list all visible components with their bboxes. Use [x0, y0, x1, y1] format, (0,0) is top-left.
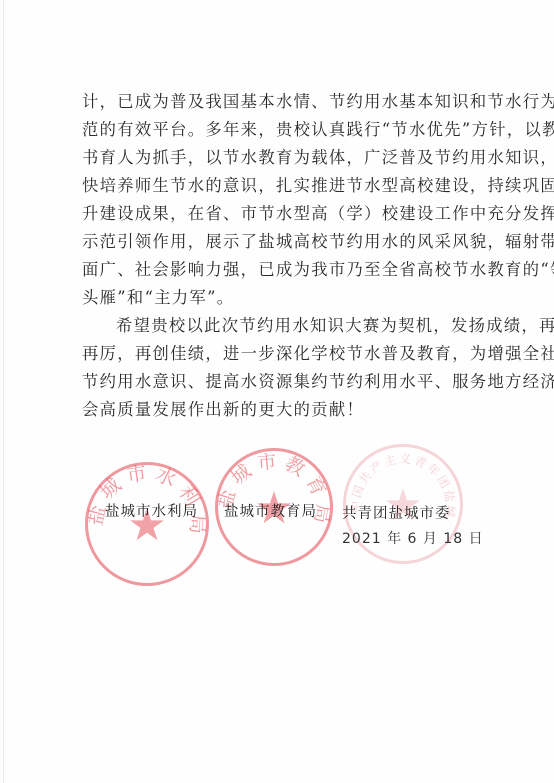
- text-line: 面广、社会影响力强，已成为我市乃至全省高校节水教育的“领: [82, 256, 486, 284]
- text-line: 示范引领作用，展示了盐城高校节约用水的风采风貌，辐射带动: [82, 228, 486, 256]
- text-line: 范的有效平台。多年来，贵校认真践行“节水优先”方针，以教: [82, 116, 486, 144]
- document-date: 2021 年 6 月 18 日: [342, 528, 484, 548]
- text-line: 节约用水意识、提高水资源集约节约利用水平、服务地方经济社: [82, 368, 486, 396]
- text-line: 再厉，再创佳绩，进一步深化学校节水普及教育，为增强全社会: [82, 340, 486, 368]
- page-edge: [3, 0, 4, 783]
- text-line: 计，已成为普及我国基本水情、节约用水基本知识和节水行为规: [82, 88, 486, 116]
- text-line: 希望贵校以此次节约用水知识大赛为契机，发扬成绩，再接: [82, 312, 486, 340]
- text-line: 会高质量发展作出新的更大的贡献！: [82, 396, 486, 424]
- text-line: 书育人为抓手，以节水教育为载体，广泛普及节约用水知识，加: [82, 144, 486, 172]
- signatory-youth-league: 共青团盐城市委: [342, 502, 451, 523]
- signatory-education-bureau: 盐城市教育局: [224, 500, 317, 521]
- text-line: 升建设成果，在省、市节水型高（学）校建设工作中充分发挥了: [82, 200, 486, 228]
- text-line: 头雁”和“主力军”。: [82, 284, 486, 312]
- signatory-water-bureau: 盐城市水利局: [105, 500, 198, 521]
- letter-body: 计，已成为普及我国基本水情、节约用水基本知识和节水行为规 范的有效平台。多年来，…: [82, 88, 486, 424]
- official-seal-water-bureau: 盐城市水利局 ★: [85, 462, 209, 586]
- paragraph-1: 计，已成为普及我国基本水情、节约用水基本知识和节水行为规 范的有效平台。多年来，…: [82, 88, 486, 312]
- text-line: 快培养师生节水的意识，扎实推进节水型高校建设，持续巩固提: [82, 172, 486, 200]
- document-page: 计，已成为普及我国基本水情、节约用水基本知识和节水行为规 范的有效平台。多年来，…: [0, 0, 554, 783]
- paragraph-2: 希望贵校以此次节约用水知识大赛为契机，发扬成绩，再接 再厉，再创佳绩，进一步深化…: [82, 312, 486, 424]
